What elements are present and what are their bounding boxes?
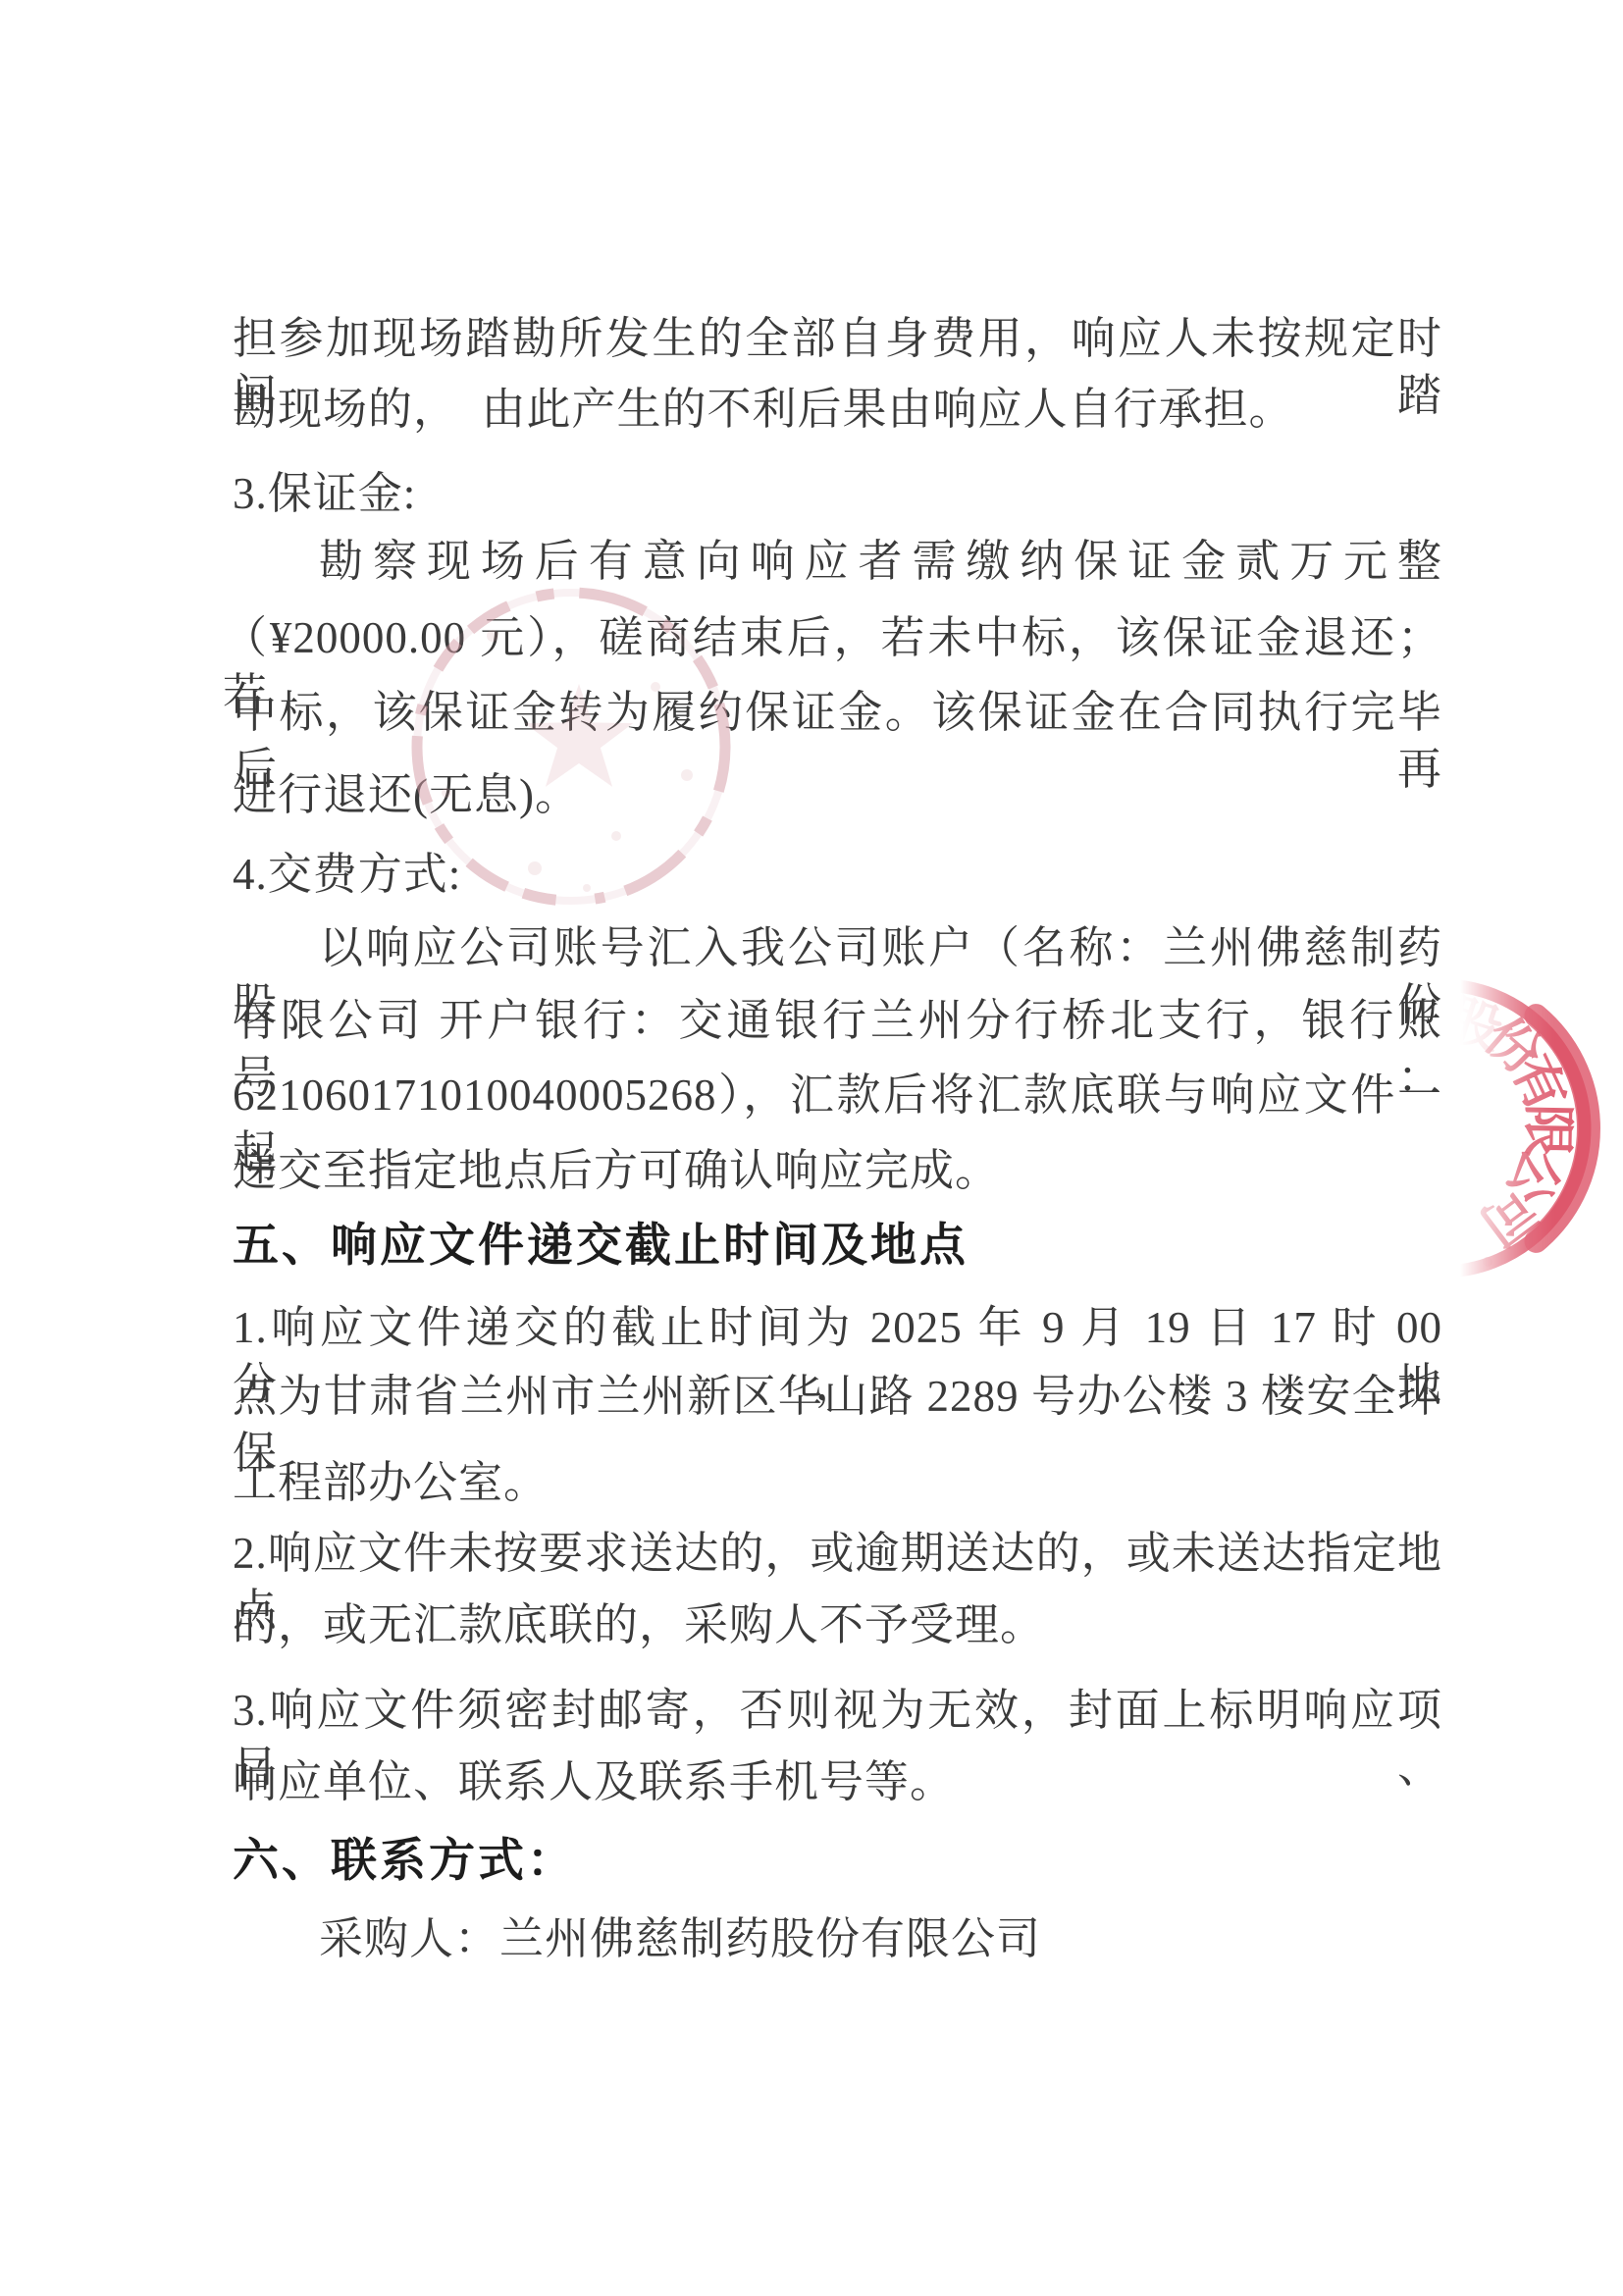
edge-seal-dot xyxy=(1483,1257,1492,1267)
doc-line: 以响应公司账号汇入我公司账户（名称：兰州佛慈制药股份 xyxy=(233,919,1442,976)
doc-line: （¥20000.00 元），磋商结束后，若未中标，该保证金退还；若 xyxy=(223,609,1442,666)
doc-line: 采购人：兰州佛慈制药股份有限公司 xyxy=(233,1910,1442,1967)
doc-line: 3.响应文件须密封邮寄，否则视为无效，封面上标明响应项目、 xyxy=(233,1682,1442,1739)
doc-line: 担参加现场踏勘所发生的全部自身费用，响应人未按规定时间踏 xyxy=(233,310,1442,367)
doc-line: 点为甘肃省兰州市兰州新区华山路 2289 号办公楼 3 楼安全环保 xyxy=(233,1368,1442,1425)
section-heading: 五、响应文件递交截止时间及地点 xyxy=(233,1217,1442,1274)
edge-seal-arc-bulge xyxy=(1536,1016,1589,1241)
document-body: 担参加现场踏勘所发生的全部自身费用，响应人未按规定时间踏 勘现场的， 由此产生的… xyxy=(233,0,1442,2296)
edge-seal-char: 限 xyxy=(1518,1103,1578,1157)
doc-line: 1.响应文件递交的截止时间为 2025 年 9 月 19 日 17 时 00 分… xyxy=(233,1299,1442,1356)
edge-seal-char: 司 xyxy=(1469,1177,1546,1256)
doc-line: 621060171010040005268），汇款后将汇款底联与响应文件一起 xyxy=(233,1067,1442,1123)
document-page: 担参加现场踏勘所发生的全部自身费用，响应人未按规定时间踏 勘现场的， 由此产生的… xyxy=(0,0,1623,2296)
doc-line: 勘察现场后有意向响应者需缴纳保证金贰万元整 xyxy=(233,533,1442,590)
edge-seal-arc-text: 股 份 有 限 公 司 xyxy=(1440,989,1577,1256)
doc-line: 响应单位、联系人及联系手机号等。 xyxy=(233,1753,1442,1810)
doc-line: 有限公司 开户银行：交通银行兰州分行桥北支行，银行账号： xyxy=(233,992,1442,1049)
edge-seal-char: 公 xyxy=(1495,1139,1572,1213)
edge-seal-char: 份 xyxy=(1474,1007,1552,1086)
doc-line: 2.响应文件未按要求送达的，或逾期送达的，或未送达指定地点 xyxy=(233,1525,1442,1582)
doc-line: 的，或无汇款底联的，采购人不予受理。 xyxy=(233,1596,1442,1653)
doc-line: 3.保证金: xyxy=(233,465,1442,522)
doc-line: 递交至指定地点后方可确认响应完成。 xyxy=(233,1142,1442,1199)
doc-line: 4.交费方式: xyxy=(233,846,1442,903)
section-heading: 六、联系方式： xyxy=(233,1832,1442,1889)
edge-seal-char: 股 xyxy=(1440,989,1509,1062)
doc-line: 勘现场的， 由此产生的不利后果由响应人自行承担。 xyxy=(233,381,1442,438)
doc-line: 进行退还(无息)。 xyxy=(233,766,1442,823)
doc-line: 中标，该保证金转为履约保证金。该保证金在合同执行完毕后再 xyxy=(233,684,1442,741)
edge-seal-char: 有 xyxy=(1500,1047,1576,1120)
doc-line: 工程部办公室。 xyxy=(233,1454,1442,1511)
